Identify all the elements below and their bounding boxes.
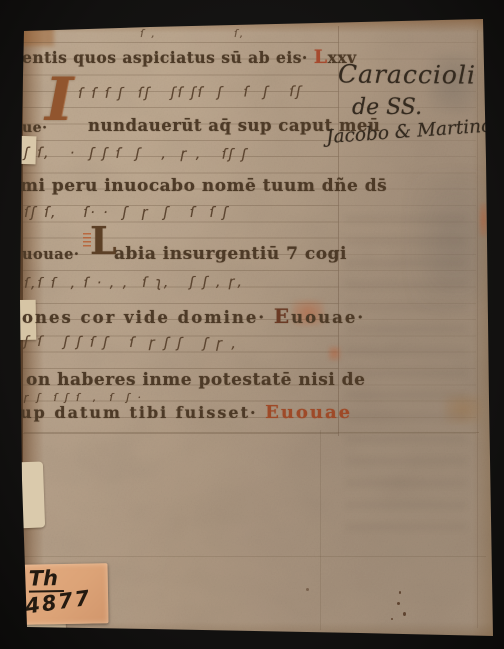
chant-text-line-5: ones cor vide domine· Euouae·: [22, 306, 365, 327]
page-top-fold-edge: [18, 17, 486, 33]
owner-inscription-line-1: Caraccioli: [338, 61, 476, 87]
vertical-ruling-2: [320, 430, 321, 630]
neume-row: ſ ſ ſ ʃ ſʃ ʃſ ʃſ ʃ ſ ʃ ſʃ: [78, 85, 303, 101]
illuminated-initial-i: I: [45, 70, 74, 130]
neume-row: ſʃ ſ‚ ſ· · ʃ ɼ ʃ ſ ſ ʃ: [24, 206, 229, 220]
photo-backdrop: ſ ‚ ſ‚ ſ ſ ſ ʃ ſʃ ʃſ ʃſ ʃ ſ ʃ ſʃ ʃ ſ‚ · …: [0, 0, 504, 649]
chant-margin-euouae: uouae·: [22, 248, 79, 263]
chant-text-line-6: on haberes inme potestatē nisi de: [26, 372, 365, 389]
red-ink-offset-mark: [479, 203, 488, 237]
ruled-line-lower-2: [24, 556, 486, 557]
repair-patch: [11, 461, 45, 528]
wormhole-speck: [399, 591, 401, 594]
chant-margin-syllable: ue·: [22, 121, 47, 135]
page-bottom-edge: [20, 622, 494, 640]
wormhole-speck: [403, 612, 406, 616]
neume-row: ſ ‚ ſ‚: [140, 28, 245, 39]
chant-text-line-3: mi peru inuocabo nomē tuum dñe ds̄: [20, 178, 387, 195]
shelfmark-label: Th 4877: [19, 563, 108, 625]
chant-text: ones cor vide domine·: [22, 308, 274, 327]
neume-row: ſ‚ſ ſ ‚ ſ · ‚ ‚ ſ ʅ‚ ʃ ʃ ‚ ɼ‚: [24, 275, 244, 291]
wormhole-speck: [391, 618, 393, 620]
chant-text-line-4: abia insurgentiū 7 cogi: [114, 246, 347, 263]
euouae-rest: uouae·: [291, 308, 365, 327]
manuscript-page: ſ ‚ ſ‚ ſ ſ ſ ʃ ſʃ ʃſ ʃſ ʃ ſ ʃ ſʃ ʃ ſ‚ · …: [0, 0, 504, 649]
owner-inscription-line-2: de SS.: [352, 97, 422, 119]
wormhole-speck: [397, 602, 400, 605]
red-ink-offset-mark: [328, 346, 341, 361]
chant-text-line-7: up datum tibi fuisset· Euouae: [20, 404, 352, 422]
neume-row: ʃ ſ‚ · ʃ ʃ ſ ʃ ‚ ɼ ‚ ſʃ ʃ: [24, 146, 248, 162]
wormhole-speck: [306, 588, 309, 591]
euouae-initial: E: [274, 304, 291, 328]
euouae-rubric: Euouae: [265, 402, 352, 423]
neume-row: ɼ ʃ ſ ʃ ſ ‚ ſ ʃ ·: [24, 392, 143, 403]
neume-row: ʃ ſ ʃ ʃ ſ ʃ ſ ɼ ʃ ʃ ʃ ɼ ‚: [24, 335, 238, 351]
rubric-numeral-initial: L: [314, 46, 328, 68]
chant-text: up datum tibi fuisset·: [20, 403, 265, 422]
